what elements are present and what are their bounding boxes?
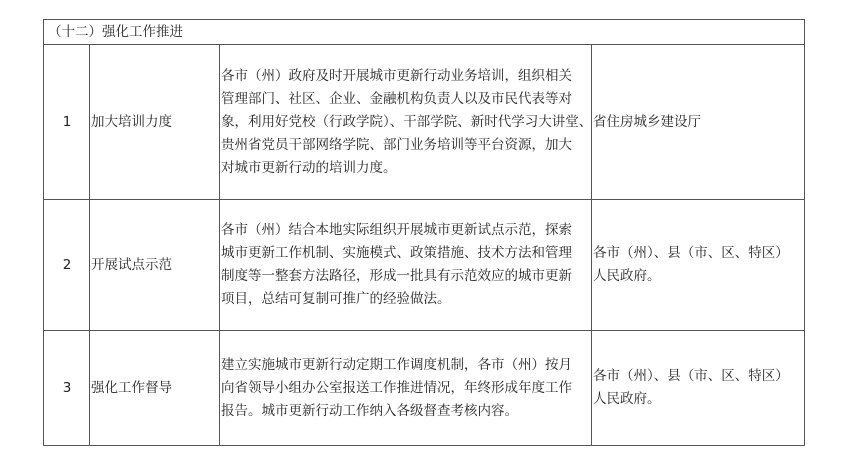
description-line: 对城市更新行动的培训力度。 [221, 157, 591, 180]
responsible-line: 人民政府。 [593, 265, 804, 288]
row-number: 1 [44, 45, 90, 200]
section-title: （十二）强化工作推进 [44, 20, 805, 45]
description-line: 各市（州）结合本地实际组织开展城市更新试点示范，探索 [221, 219, 591, 242]
section-title-row: （十二）强化工作推进 [44, 20, 805, 45]
table-row: 2 开展试点示范 各市（州）结合本地实际组织开展城市更新试点示范，探索 城市更新… [44, 200, 805, 331]
description-line: 象，利用好党校（行政学院）、干部学院、新时代学习大讲堂、 [221, 111, 591, 134]
task-name: 强化工作督导 [90, 331, 220, 446]
description-line: 管理部门、社区、企业、金融机构负责人以及市民代表等对 [221, 88, 591, 111]
task-description: 各市（州）政府及时开展城市更新行动业务培训，组织相关 管理部门、社区、企业、金融… [220, 45, 592, 200]
description-line: 各市（州）政府及时开展城市更新行动业务培训，组织相关 [221, 65, 591, 88]
description-line: 报告。城市更新行动工作纳入各级督查考核内容。 [221, 400, 591, 423]
responsible-line: 人民政府。 [593, 388, 804, 411]
description-line: 建立实施城市更新行动定期工作调度机制，各市（州）按月 [221, 354, 591, 377]
row-number: 2 [44, 200, 90, 331]
responsible-line: 各市（州）、县（市、区、特区） [593, 242, 804, 265]
responsible-unit: 省住房城乡建设厅 [592, 45, 805, 200]
task-name: 加大培训力度 [90, 45, 220, 200]
responsible-unit: 各市（州）、县（市、区、特区） 人民政府。 [592, 200, 805, 331]
table-row: 1 加大培训力度 各市（州）政府及时开展城市更新行动业务培训，组织相关 管理部门… [44, 45, 805, 200]
task-description: 各市（州）结合本地实际组织开展城市更新试点示范，探索 城市更新工作机制、实施模式… [220, 200, 592, 331]
description-line: 向省领导小组办公室报送工作推进情况，年终形成年度工作 [221, 377, 591, 400]
task-table: （十二）强化工作推进 1 加大培训力度 各市（州）政府及时开展城市更新行动业务培… [43, 19, 805, 446]
description-line: 制度等一整套方法路径，形成一批具有示范效应的城市更新 [221, 265, 591, 288]
responsible-unit: 各市（州）、县（市、区、特区） 人民政府。 [592, 331, 805, 446]
task-name: 开展试点示范 [90, 200, 220, 331]
responsible-line: 省住房城乡建设厅 [593, 111, 804, 134]
description-line: 城市更新工作机制、实施模式、政策措施、技术方法和管理 [221, 242, 591, 265]
task-description: 建立实施城市更新行动定期工作调度机制，各市（州）按月 向省领导小组办公室报送工作… [220, 331, 592, 446]
table-row: 3 强化工作督导 建立实施城市更新行动定期工作调度机制，各市（州）按月 向省领导… [44, 331, 805, 446]
description-line: 贵州省党员干部网络学院、部门业务培训等平台资源，加大 [221, 134, 591, 157]
responsible-line: 各市（州）、县（市、区、特区） [593, 365, 804, 388]
description-line: 项目，总结可复制可推广的经验做法。 [221, 288, 591, 311]
row-number: 3 [44, 331, 90, 446]
